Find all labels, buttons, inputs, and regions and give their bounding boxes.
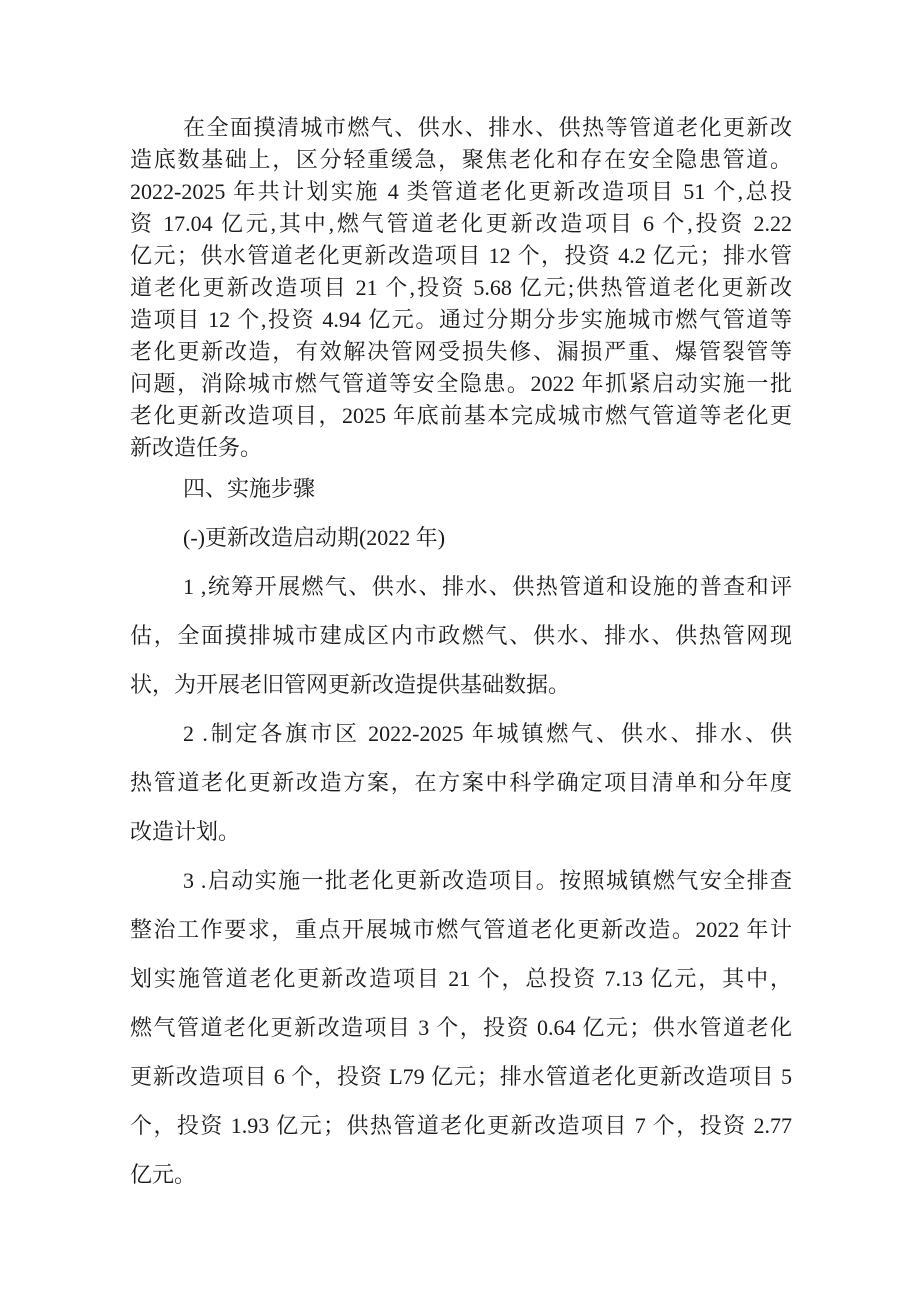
text-line: 亿元；供水管道老化更新改造项目 12 个，投资 4.2 亿元；排水管 [130, 240, 792, 272]
text-line: 老化更新改造，有效解决管网受损失修、漏损严重、爆管裂管等 [130, 336, 792, 368]
text-line: 更新改造项目 6 个，投资 L79 亿元；排水管道老化更新改造项目 5 [130, 1052, 792, 1101]
text-line: 2 .制定各旗市区 2022-2025 年城镇燃气、供水、排水、供 [130, 709, 792, 758]
text-line: 亿元。 [130, 1150, 792, 1199]
text-line: 造底数基础上，区分轻重缓急，聚焦老化和存在安全隐患管道。 [130, 144, 792, 176]
text-line: 整治工作要求，重点开展城市燃气管道老化更新改造。2022 年计 [130, 905, 792, 954]
text-line: 燃气管道老化更新改造项目 3 个，投资 0.64 亿元；供水管道老化 [130, 1003, 792, 1052]
text-line: 造项目 12 个,投资 4.94 亿元。通过分期分步实施城市燃气管道等 [130, 304, 792, 336]
text-line: 1 ,统筹开展燃气、供水、排水、供热管道和设施的普查和评 [130, 562, 792, 611]
text-line: 个，投资 1.93 亿元；供热管道老化更新改造项目 7 个，投资 2.77 [130, 1101, 792, 1150]
text-line: 3 .启动实施一批老化更新改造项目。按照城镇燃气安全排查 [130, 856, 792, 905]
text-line: 问题，消除城市燃气管道等安全隐患。2022 年抓紧启动实施一批 [130, 368, 792, 400]
text-line: 在全面摸清城市燃气、供水、排水、供热等管道老化更新改 [130, 112, 792, 144]
text-line: 资 17.04 亿元,其中,燃气管道老化更新改造项目 6 个,投资 2.22 [130, 208, 792, 240]
text-line: 状，为开展老旧管网更新改造提供基础数据。 [130, 660, 792, 709]
text-line: 划实施管道老化更新改造项目 21 个，总投资 7.13 亿元，其中， [130, 954, 792, 1003]
text-line: 老化更新改造项目，2025 年底前基本完成城市燃气管道等老化更 [130, 400, 792, 432]
text-line: 改造计划。 [130, 807, 792, 856]
section-heading: 四、实施步骤 [130, 464, 792, 513]
text-line: 热管道老化更新改造方案，在方案中科学确定项目清单和分年度 [130, 758, 792, 807]
text-line: 道老化更新改造项目 21 个,投资 5.68 亿元;供热管道老化更新改 [130, 272, 792, 304]
text-line: 2022-2025 年共计划实施 4 类管道老化更新改造项目 51 个,总投 [130, 176, 792, 208]
subsection-heading: (-)更新改造启动期(2022 年) [130, 513, 792, 562]
text-line: 新改造任务。 [130, 432, 792, 464]
document-body: 在全面摸清城市燃气、供水、排水、供热等管道老化更新改 造底数基础上，区分轻重缓急… [130, 112, 792, 1199]
text-line: 估，全面摸排城市建成区内市政燃气、供水、排水、供热管网现 [130, 611, 792, 660]
document-page: 在全面摸清城市燃气、供水、排水、供热等管道老化更新改 造底数基础上，区分轻重缓急… [0, 0, 920, 1301]
